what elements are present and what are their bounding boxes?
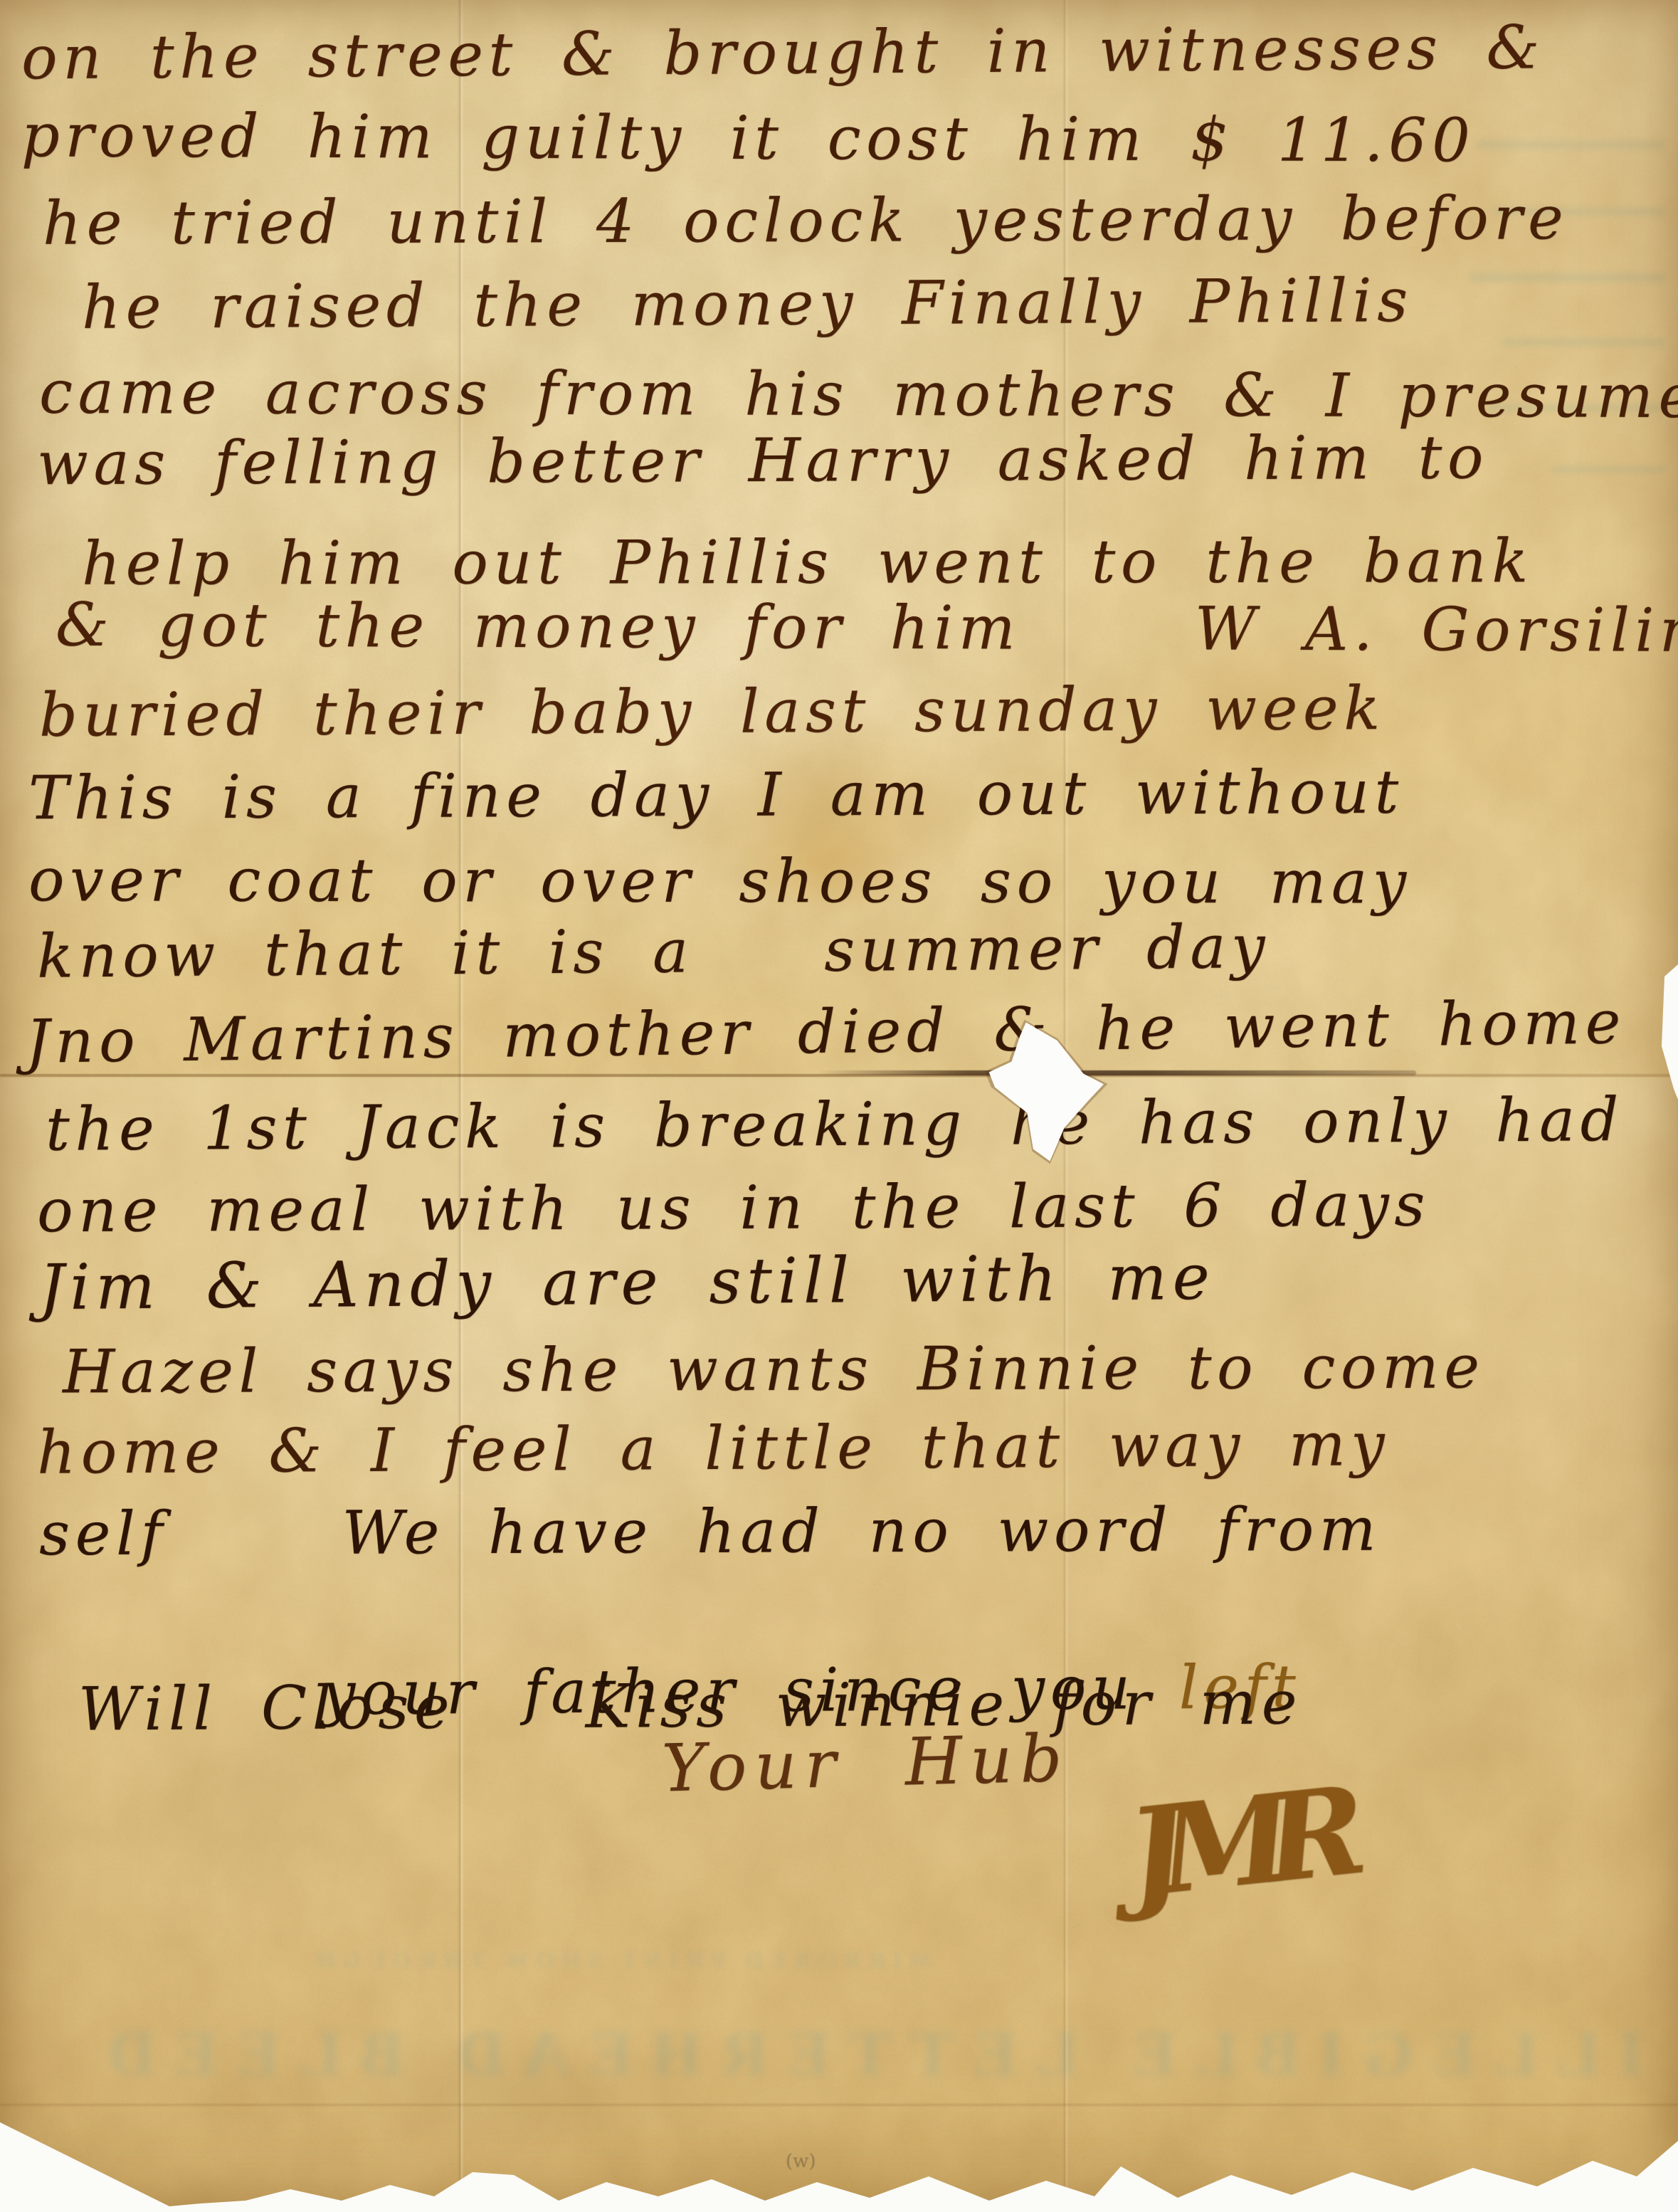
fold-crease-horizontal-faint: [0, 2104, 1678, 2106]
letter-line-16: Jim & Andy are still with me: [39, 1246, 1215, 1319]
letter-line-17: Hazel says she wants Binnie to come: [63, 1337, 1485, 1402]
letter-line-8: & got the money for him W A. Gorsilines: [56, 595, 1678, 660]
letter-closing: Your Hub: [661, 1726, 1071, 1802]
letter-line-11: over coat or over shoes so you may: [28, 850, 1412, 912]
letter-line-15: one meal with us in the last 6 days: [37, 1175, 1430, 1241]
bleed-through-smudge: [1469, 273, 1665, 282]
faint-pencil-mark: (w): [786, 2151, 816, 2172]
paper-stain: [1302, 1587, 1615, 1872]
letter-line-7: help him out Phillis went to the bank: [82, 531, 1534, 594]
fold-crease-horizontal: [0, 1074, 1678, 1077]
bleed-through-text-large: ILLEGIBLE LETTERHEAD BLEED THROUGH: [57, 2016, 1644, 2095]
letter-line-9: buried their baby last sunday week: [39, 678, 1386, 745]
letter-line-10: This is a fine day I am out without: [28, 762, 1404, 828]
bleed-through-smudge: [1477, 141, 1665, 149]
paper-stain: [320, 2028, 690, 2156]
bleed-through-text-small: MIRRORED PRINT SHOW THROUGH: [235, 1947, 932, 1981]
bleed-through-smudge: [1502, 339, 1665, 346]
scanned-letter: MIRRORED PRINT SHOW THROUGH ILLEGIBLE LE…: [0, 0, 1678, 2212]
letter-line-18: home & I feel a little that way my: [37, 1414, 1391, 1482]
letter-line-13: Jno Martins mother died & he went home: [26, 992, 1627, 1071]
signature-monogram: JMR: [1122, 1772, 1346, 1915]
bleed-through-smudge: [1551, 466, 1665, 473]
letter-line-6: was felling better Harry asked him to: [37, 428, 1489, 494]
letter-line-19: self We have had no word from: [39, 1500, 1381, 1564]
letter-line-14: the 1st Jack is breaking he has only had: [46, 1090, 1624, 1159]
letter-line-3: he tried until 4 oclock yesterday before: [43, 188, 1569, 253]
letter-line-5: came across from his mothers & I presume: [39, 362, 1678, 426]
letter-line-12: know that it is a summer day: [37, 917, 1271, 986]
letter-line-1: on the street & brought in witnesses &: [21, 18, 1545, 88]
letter-page: MIRRORED PRINT SHOW THROUGH ILLEGIBLE LE…: [0, 0, 1678, 2212]
letter-line-2: proved him guilty it cost him $ 11.60: [21, 105, 1476, 170]
letter-line-4: he raised the money Finally Phillis: [82, 270, 1413, 337]
